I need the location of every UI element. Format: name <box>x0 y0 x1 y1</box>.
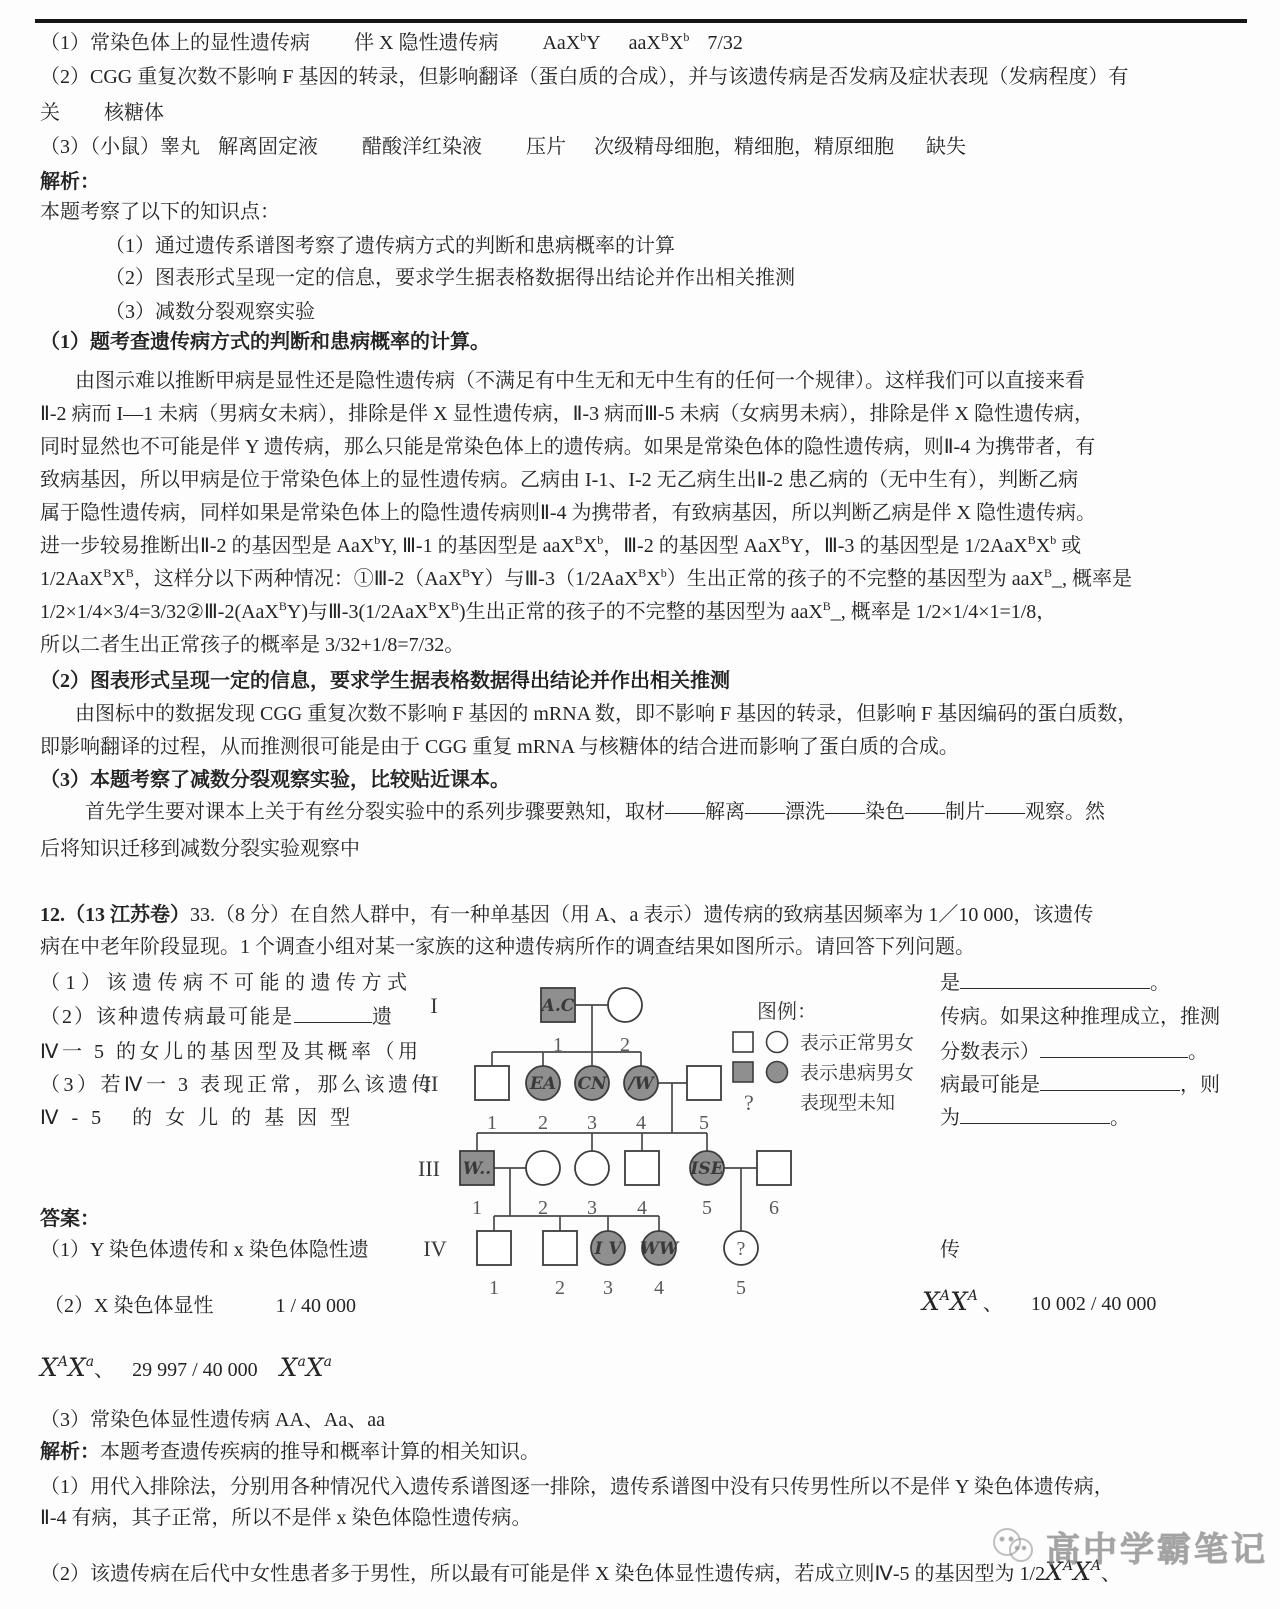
text-segment: B <box>781 533 789 547</box>
text-segment: A <box>58 1354 68 1370</box>
text-segment: X <box>1036 535 1050 557</box>
text-segment: （1）题考查遗传病方式的判断和患病概率的计算。 <box>40 331 490 353</box>
text-segment: X <box>111 568 125 590</box>
legend-square-symbol <box>733 1062 753 1082</box>
text-segment: 传 <box>940 1239 960 1261</box>
text-segment: 由图示难以推断甲病是显性还是隐性遗传病（不满足有中生无和无中生有的任何一个规律）… <box>75 370 1085 392</box>
text-segment: X <box>306 1353 324 1382</box>
pedigree-individual-number: 1 <box>487 1112 497 1134</box>
text-segment: X <box>68 1353 86 1382</box>
text-segment: X <box>436 601 450 623</box>
text-segment: （3）常染色体显性遗传病 AA、Aa、aa <box>40 1409 385 1431</box>
legend-circle-symbol <box>767 1032 788 1053</box>
question-item-3b: Ⅳ-5 的女儿的基因型 <box>40 1104 363 1132</box>
text-segment: ，则 <box>1180 1074 1220 1096</box>
pedigree-individual-number: 2 <box>620 1034 630 1056</box>
text-segment: 所以二者生出正常孩子的概率是 3/32+1/8=7/32。 <box>40 634 464 656</box>
question-right-line-4: 病最可能是，则 <box>940 1071 1220 1099</box>
text-segment: 进一步较易推断出Ⅱ-2 的基因型是 AaX <box>40 535 374 557</box>
text-segment: 醋酸洋红染液 <box>362 136 482 158</box>
text-segment: _, 概率是 1/2×1/4×1=1/8， <box>831 601 1057 623</box>
text-segment: Y <box>586 32 600 54</box>
text-segment: 致病基因，所以甲病是位于常染色体上的显性遗传病。乙病由 I-1、I-2 无乙病生… <box>40 469 1078 491</box>
text-segment: 、 <box>978 1293 1003 1315</box>
text-segment: 解析： <box>40 171 100 193</box>
pedigree-watermark-letters: WW <box>640 1239 680 1259</box>
text-segment: 缺失 <box>926 136 966 158</box>
text-segment: 后将知识迁移到减数分裂实验观察中 <box>40 838 360 860</box>
text-segment: b <box>580 30 586 44</box>
analysis-point-3-heading: （3）本题考察了减数分裂观察实验，比较贴近课本。 <box>40 766 510 794</box>
text-segment: 关 <box>40 102 60 124</box>
text-segment: 传病。如果这种推理成立，推测 <box>940 1006 1220 1028</box>
text-segment: （2）该遗传病在后代中女性患者多于男性，所以最有可能是伴 X 染色体显性遗传病，… <box>40 1563 1045 1585</box>
pedigree-watermark-letters: I V <box>593 1239 623 1259</box>
q12-answer-1: （1）Y 染色体遗传和 x 染色体隐性遗 <box>40 1236 369 1264</box>
text-segment: B <box>126 566 134 580</box>
pedigree-individual-number: 2 <box>555 1277 565 1299</box>
text-segment: B <box>638 566 646 580</box>
text-segment: 。 <box>1110 1107 1130 1129</box>
text-segment: 12.（13 江苏卷） <box>40 904 190 926</box>
q12-answer-3: （3）常染色体显性遗传病 AA、Aa、aa <box>40 1406 385 1434</box>
text-segment: 同时显然也不可能是伴 Y 遗传病，那么只能是常染色体上的遗传病。如果是常染色体的… <box>40 436 1095 458</box>
text-segment: 即影响翻译的过程，从而推测很可能是由于 CGG 重复 mRNA 与核糖体的结合进… <box>40 736 959 758</box>
text-segment: X <box>583 535 597 557</box>
text-segment: Y）与Ⅲ-3（1/2AaX <box>470 568 638 590</box>
text-segment: （3）（小鼠）睾丸 <box>40 136 200 158</box>
pedigree-generation-label: IV <box>423 1236 446 1261</box>
text-segment: 7/32 <box>707 32 743 54</box>
answers-heading: 答案： <box>40 1205 100 1233</box>
question-right-line-2: 传病。如果这种推理成立，推测 <box>940 1003 1220 1031</box>
text-segment: （1）Y 染色体遗传和 x 染色体隐性遗 <box>40 1239 369 1261</box>
question-right-line-5: 为。 <box>940 1104 1130 1132</box>
text-segment: 10 002 / 40 000 <box>1031 1293 1157 1315</box>
text-segment: B <box>1044 566 1052 580</box>
text-segment: B <box>823 599 831 613</box>
text-segment: 1/2AaX <box>40 568 103 590</box>
knowledge-point-1: （1）通过遗传系谱图考察了遗传病方式的判断和患病概率的计算 <box>105 232 675 260</box>
answer-line-2: （2）CGG 重复次数不影响 F 基因的转录，但影响翻译（蛋白质的合成），并与该… <box>40 63 1128 91</box>
text-segment: 解离固定液 <box>218 136 318 158</box>
analysis-para-line: 致病基因，所以甲病是位于常染色体上的显性遗传病。乙病由 I-1、I-2 无乙病生… <box>40 466 1078 494</box>
pedigree-figure: A.C121EA2CN3/W45W..1234ISE5612I V3WW4?5I… <box>410 970 930 1315</box>
q12-answer-1-cont: 传 <box>940 1236 960 1264</box>
text-segment: 1 / 40 000 <box>275 1295 356 1317</box>
pedigree-individual-number: 3 <box>603 1277 613 1299</box>
q12-analysis-1: （1）用代入排除法，分别用各种情况代入遗传系谱图逐一排除，遗传系谱图中没有只传男… <box>40 1473 1114 1501</box>
pedigree-watermark-letters: A.C <box>540 996 575 1016</box>
legend-circle-symbol <box>767 1062 788 1083</box>
text-segment: Ⅱ-4 有病，其子正常，所以不是伴 x 染色体隐性遗传病。 <box>40 1507 532 1529</box>
analysis-point-1-heading: （1）题考查遗传病方式的判断和患病概率的计算。 <box>40 328 490 356</box>
pedigree-individual-III-3 <box>575 1151 609 1185</box>
knowledge-point-3: （3）减数分裂观察实验 <box>105 298 315 326</box>
knowledge-point-2: （2）图表形式呈现一定的信息，要求学生据表格数据得出结论并作出相关推测 <box>105 264 795 292</box>
text-segment: AaX <box>542 32 580 54</box>
text-segment: 。 <box>1150 972 1170 994</box>
text-segment: 压片 <box>526 136 566 158</box>
question-item-2: （2）该种遗传病最可能是遗 <box>40 1003 394 1031</box>
pedigree-individual-number: 1 <box>553 1034 563 1056</box>
question-12-line-2: 病在中老年阶段显现。1 个调查小组对某一家族的这种遗传病所作的调查结果如图所示。… <box>40 933 975 961</box>
legend-question-mark: ? <box>744 1090 754 1115</box>
q12-answer-2-right: XAXA 、10 002 / 40 000 <box>922 1288 1156 1320</box>
answer-blank <box>960 972 1150 989</box>
analysis-heading: 解析： <box>40 168 100 196</box>
analysis-para-line: 首先学生要对课本上关于有丝分裂实验中的系列步骤要熟知，取材——解离——漂洗——染… <box>85 798 1105 826</box>
text-segment: 伴 X 隐性遗传病 <box>354 32 498 54</box>
text-segment: 次级精母细胞，精细胞，精原细胞 <box>594 136 894 158</box>
question-item-2b: Ⅳ一 5 的女儿的基因型及其概率（用 <box>40 1038 421 1066</box>
legend-row-label: 表示正常男女 <box>800 1032 914 1054</box>
pedigree-watermark-letters: CN <box>577 1074 608 1094</box>
question-item-3: （3）若Ⅳ一 3 表现正常，那么该遗传 <box>40 1071 435 1099</box>
analysis-para-line: 后将知识迁移到减数分裂实验观察中 <box>40 835 360 863</box>
text-segment: （1）常染色体上的显性遗传病 <box>40 32 310 54</box>
answer-blank <box>960 1107 1110 1124</box>
text-segment: 或 <box>1056 535 1081 557</box>
text-segment: 是 <box>940 972 960 994</box>
pedigree-individual-number: 2 <box>538 1197 548 1219</box>
text-segment: X <box>646 568 660 590</box>
analysis-para-line: 进一步较易推断出Ⅱ-2 的基因型是 AaXbY, Ⅲ-1 的基因型是 aaXBX… <box>40 532 1081 562</box>
pedigree-individual-number: 4 <box>637 1197 647 1219</box>
text-segment: ）生出正常的孩子的不完整的基因型为 aaX <box>667 568 1044 590</box>
text-segment: 本题考查遗传疾病的推导和概率计算的相关知识。 <box>100 1441 540 1463</box>
text-segment: b <box>661 566 667 580</box>
text-segment: X <box>280 1353 298 1382</box>
text-segment: 遗 <box>372 1006 394 1028</box>
text-segment: X <box>950 1287 968 1316</box>
q12-analysis-heading: 解析：本题考查遗传疾病的推导和概率计算的相关知识。 <box>40 1438 540 1466</box>
text-segment: a <box>324 1354 332 1370</box>
pedigree-watermark-letters: EA <box>529 1074 556 1094</box>
text-segment: 答案： <box>40 1208 100 1230</box>
text-segment: a <box>297 1354 305 1370</box>
answer-blank <box>294 1006 372 1023</box>
text-segment: Y)与Ⅲ-3(1/2AaX <box>287 601 429 623</box>
analysis-para-line: 1/2×1/4×3/4=3/32②Ⅲ-2(AaXBY)与Ⅲ-3(1/2AaXBX… <box>40 598 1056 628</box>
top-divider-line <box>35 19 1247 23</box>
text-segment: （2）图表形式呈现一定的信息，要求学生据表格数据得出结论并作出相关推测 <box>105 267 795 289</box>
text-segment: Y，Ⅲ-3 的基因型是 1/2AaX <box>790 535 1028 557</box>
text-segment: 解析： <box>40 1441 100 1463</box>
analysis-intro: 本题考察了以下的知识点： <box>40 198 280 226</box>
text-segment: （3）若Ⅳ一 3 表现正常，那么该遗传 <box>40 1074 435 1096</box>
text-segment: A <box>940 1288 950 1304</box>
text-segment: 为 <box>940 1107 960 1129</box>
text-segment: （2）X 染色体显性 <box>44 1295 213 1317</box>
answer-line-1: （1）常染色体上的显性遗传病伴 X 隐性遗传病AaXbYaaXBXb7/32 <box>40 29 743 59</box>
analysis-para-line: 同时显然也不可能是伴 Y 遗传病，那么只能是常染色体上的遗传病。如果是常染色体的… <box>40 433 1095 461</box>
text-segment: Ⅳ-5 的女儿的基因型 <box>40 1107 363 1129</box>
pedigree-individual-III-2 <box>526 1151 560 1185</box>
text-segment: Y, Ⅲ-1 的基因型是 aaX <box>380 535 575 557</box>
pedigree-individual-number: 5 <box>702 1197 712 1219</box>
text-segment: X <box>40 1353 58 1382</box>
text-segment: （3）本题考察了减数分裂观察实验，比较贴近课本。 <box>40 769 510 791</box>
pedigree-individual-number: 4 <box>636 1112 646 1134</box>
text-segment: （1）该遗传病不可能的遗传方式 <box>40 972 413 994</box>
analysis-para-line: 1/2AaXBXB，这样分以下两种情况：①Ⅲ-2（AaXBY）与Ⅲ-3（1/2A… <box>40 565 1132 595</box>
text-segment: 。 <box>1188 1041 1208 1063</box>
text-segment: 属于隐性遗传病，同样如果是常染色体上的隐性遗传病则Ⅱ-4 为携带者，有致病基因，… <box>40 502 1096 524</box>
analysis-para-line: 由图标中的数据发现 CGG 重复次数不影响 F 基因的 mRNA 数，即不影响 … <box>75 700 1137 728</box>
text-segment: A <box>1091 1558 1101 1574</box>
answer-line-4: （3）（小鼠）睾丸解离固定液醋酸洋红染液压片次级精母细胞，精细胞，精原细胞缺失 <box>40 133 966 161</box>
pedigree-individual-IV-1 <box>477 1231 511 1265</box>
legend-square-symbol <box>733 1032 753 1052</box>
text-segment: B <box>462 566 470 580</box>
pedigree-watermark-letters: W.. <box>463 1159 491 1179</box>
analysis-para-line: 即影响翻译的过程，从而推测很可能是由于 CGG 重复 mRNA 与核糖体的结合进… <box>40 733 959 761</box>
text-segment: 29 997 / 40 000 <box>132 1359 258 1381</box>
text-segment: 病在中老年阶段显现。1 个调查小组对某一家族的这种遗传病所作的调查结果如图所示。… <box>40 936 975 958</box>
pedigree-individual-number: 6 <box>769 1197 779 1219</box>
text-segment: b <box>1050 533 1056 547</box>
pedigree-individual-number: 3 <box>587 1112 597 1134</box>
pedigree-individual-number: 5 <box>699 1112 709 1134</box>
text-segment: 、 <box>1101 1563 1121 1585</box>
text-segment: B <box>103 566 111 580</box>
pedigree-individual-II-1 <box>475 1066 509 1100</box>
pedigree-unknown-phenotype-mark: ? <box>737 1238 746 1260</box>
answer-blank <box>1040 1074 1180 1091</box>
text-segment: 由图标中的数据发现 CGG 重复次数不影响 F 基因的 mRNA 数，即不影响 … <box>75 703 1137 725</box>
text-segment: 、 <box>94 1359 114 1381</box>
text-segment: （3）减数分裂观察实验 <box>105 301 315 323</box>
legend-title: 图例： <box>757 1000 817 1023</box>
pedigree-individual-number: 1 <box>472 1197 482 1219</box>
pedigree-generation-label: III <box>418 1156 440 1181</box>
text-segment: )生出正常的孩子的不完整的基因型为 aaX <box>459 601 823 623</box>
analysis-point-2-heading: （2）图表形式呈现一定的信息，要求学生据表格数据得出结论并作出相关推测 <box>40 667 730 695</box>
text-segment: B <box>451 599 459 613</box>
text-segment: ，Ⅲ-2 的基因型 AaX <box>603 535 781 557</box>
text-segment: X <box>669 32 683 54</box>
text-segment: （2）CGG 重复次数不影响 F 基因的转录，但影响翻译（蛋白质的合成），并与该… <box>40 66 1128 88</box>
pedigree-individual-number: 3 <box>587 1197 597 1219</box>
text-segment: Ⅳ一 5 的女儿的基因型及其概率（用 <box>40 1041 421 1063</box>
q12-answer-2-cont: XAXa、29 997 / 40 000XaXa <box>40 1354 332 1386</box>
pedigree-watermark-letters: ISE <box>689 1159 724 1179</box>
text-segment: 核糖体 <box>104 102 164 124</box>
q12-analysis-2: （2）该遗传病在后代中女性患者多于男性，所以最有可能是伴 X 染色体显性遗传病，… <box>40 1558 1121 1590</box>
pedigree-generation-label: II <box>424 1071 439 1096</box>
pedigree-individual-III-6 <box>757 1151 791 1185</box>
pedigree-individual-I-2 <box>608 988 642 1022</box>
text-segment: 33.（8 分）在自然人群中，有一种单基因（用 A、a 表示）遗传病的致病基因频… <box>190 904 1093 926</box>
pedigree-individual-number: 4 <box>654 1277 664 1299</box>
question-item-1: （1）该遗传病不可能的遗传方式 <box>40 969 413 997</box>
text-segment: A <box>1063 1558 1073 1574</box>
pedigree-individual-II-5 <box>687 1066 721 1100</box>
pedigree-individual-number: 5 <box>736 1277 746 1299</box>
pedigree-individual-number: 2 <box>538 1112 548 1134</box>
text-segment: aaX <box>629 32 661 54</box>
text-segment: 本题考察了以下的知识点： <box>40 201 280 223</box>
text-segment: B <box>575 533 583 547</box>
answer-line-3: 关核糖体 <box>40 99 164 127</box>
pedigree-individual-number: 1 <box>489 1277 499 1299</box>
text-segment: 1/2×1/4×3/4=3/32②Ⅲ-2(AaX <box>40 601 279 623</box>
document-page: （1）常染色体上的显性遗传病伴 X 隐性遗传病AaXbYaaXBXb7/32（2… <box>0 0 1280 1609</box>
text-segment: （2）该种遗传病最可能是 <box>40 1006 294 1028</box>
q12-analysis-1b: Ⅱ-4 有病，其子正常，所以不是伴 x 染色体隐性遗传病。 <box>40 1504 532 1532</box>
pedigree-svg: A.C121EA2CN3/W45W..1234ISE5612I V3WW4?5I… <box>410 970 930 1310</box>
text-segment: 首先学生要对课本上关于有丝分裂实验中的系列步骤要熟知，取材——解离——漂洗——染… <box>85 801 1105 823</box>
analysis-para-line: Ⅱ-2 病而 I—1 未病（男病女未病），排除是伴 X 显性遗传病，Ⅱ-3 病而… <box>40 400 1094 428</box>
text-segment: （2）图表形式呈现一定的信息，要求学生据表格数据得出结论并作出相关推测 <box>40 670 730 692</box>
text-segment: B <box>661 30 669 44</box>
legend-row-label: 表现型未知 <box>800 1092 895 1114</box>
text-segment: （1）通过遗传系谱图考察了遗传病方式的判断和患病概率的计算 <box>105 235 675 257</box>
text-segment: 分数表示） <box>940 1041 1040 1063</box>
pedigree-individual-IV-2 <box>543 1231 577 1265</box>
q12-answer-2-left: （2）X 染色体显性1 / 40 000 <box>44 1292 356 1320</box>
analysis-para-line: 所以二者生出正常孩子的概率是 3/32+1/8=7/32。 <box>40 631 464 659</box>
analysis-para-line: 由图示难以推断甲病是显性还是隐性遗传病（不满足有中生无和无中生有的任何一个规律）… <box>75 367 1085 395</box>
question-right-line-3: 分数表示）。 <box>940 1038 1208 1066</box>
answer-blank <box>1040 1041 1188 1058</box>
question-12-line-1: 12.（13 江苏卷）33.（8 分）在自然人群中，有一种单基因（用 A、a 表… <box>40 901 1093 929</box>
pedigree-watermark-letters: /W <box>626 1074 655 1094</box>
text-segment: B <box>428 599 436 613</box>
text-segment: b <box>683 30 689 44</box>
legend-row-label: 表示患病男女 <box>800 1062 914 1084</box>
text-segment: b <box>597 533 603 547</box>
text-segment: Ⅱ-2 病而 I—1 未病（男病女未病），排除是伴 X 显性遗传病，Ⅱ-3 病而… <box>40 403 1094 425</box>
text-segment: （1）用代入排除法，分别用各种情况代入遗传系谱图逐一排除，遗传系谱图中没有只传男… <box>40 1476 1114 1498</box>
pedigree-individual-III-4 <box>625 1151 659 1185</box>
text-segment: ，这样分以下两种情况：①Ⅲ-2（AaX <box>134 568 462 590</box>
pedigree-generation-label: I <box>430 993 437 1018</box>
text-segment: a <box>86 1354 94 1370</box>
text-segment: B <box>1028 533 1036 547</box>
text-segment: B <box>279 599 287 613</box>
text-segment: b <box>374 533 380 547</box>
question-right-line-1: 是。 <box>940 969 1170 997</box>
text-segment: A <box>968 1288 978 1304</box>
text-segment: _, 概率是 <box>1052 568 1132 590</box>
text-segment: 病最可能是 <box>940 1074 1040 1096</box>
analysis-para-line: 属于隐性遗传病，同样如果是常染色体上的隐性遗传病则Ⅱ-4 为携带者，有致病基因，… <box>40 499 1096 527</box>
text-segment: X <box>1045 1557 1063 1586</box>
text-segment: X <box>1073 1557 1091 1586</box>
